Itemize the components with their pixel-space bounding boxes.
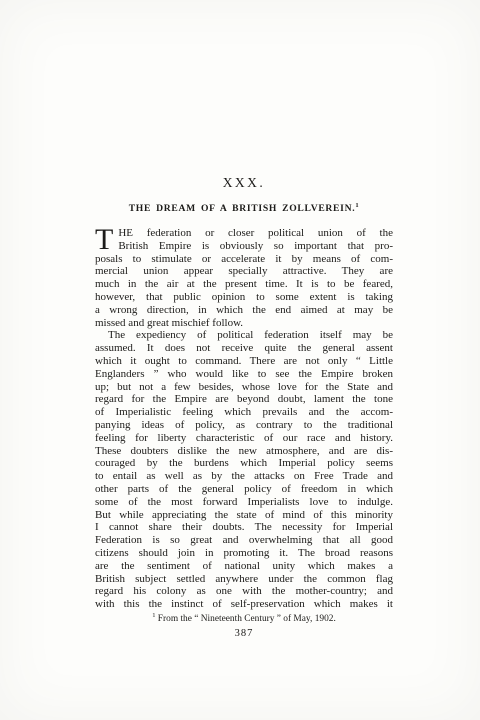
body-line: HE federation or closer political union … <box>95 227 393 240</box>
body-line: The expediency of political federation i… <box>95 329 393 342</box>
footnote: 1 From the “ Nineteenth Century ” of May… <box>95 614 393 625</box>
scanned-book-page: XXX. THE DREAM OF A BRITISH ZOLLVEREIN.1… <box>0 0 480 720</box>
body-line: are the sentiment of national unity whic… <box>95 560 393 573</box>
footnote-text: From the “ Nineteenth Century ” of May, … <box>158 614 336 624</box>
body-line: much in the air at the present time. It … <box>95 278 393 291</box>
body-line: British subject settled anywhere under t… <box>95 573 393 586</box>
body-line: however, that public opinion to some ext… <box>95 291 393 304</box>
body-line: up; but not a few besides, whose love fo… <box>95 381 393 394</box>
body-line: regard his colony as one with the mother… <box>95 585 393 598</box>
body-line: some of the most forward Imperialists lo… <box>95 496 393 509</box>
body-line: But while appreciating the state of mind… <box>95 509 393 522</box>
body-line: feeling for liberty characteristic of ou… <box>95 432 393 445</box>
page-number: 387 <box>95 628 393 640</box>
footnote-marker: 1 <box>152 612 155 619</box>
body-line: other parts of the general policy of fre… <box>95 483 393 496</box>
drop-cap: T <box>95 227 113 253</box>
paragraph-1: T HE federation or closer political unio… <box>95 227 393 329</box>
body-line: with this the instinct of self-preservat… <box>95 598 393 611</box>
chapter-number: XXX. <box>95 176 393 190</box>
body-line: mercial union appear specially attractiv… <box>95 265 393 278</box>
body-line: missed and great mischief follow. <box>95 317 393 330</box>
title-footnote-marker: 1 <box>355 202 359 209</box>
body-line: I cannot share their doubts. The necessi… <box>95 521 393 534</box>
body-line: which it ought to command. There are not… <box>95 355 393 368</box>
body-line: These doubters dislike the new atmospher… <box>95 445 393 458</box>
body-line: assumed. It does not receive quite the g… <box>95 342 393 355</box>
body-line: of Imperialistic feeling which prevails … <box>95 406 393 419</box>
body-line: to entail as well as by the attacks on F… <box>95 470 393 483</box>
body-line: Federation is so great and overwhelming … <box>95 534 393 547</box>
chapter-title: THE DREAM OF A BRITISH ZOLLVEREIN.1 <box>95 203 393 214</box>
body-line: a wrong direction, in which the end aime… <box>95 304 393 317</box>
body-line: couraged by the burdens which Imperial p… <box>95 457 393 470</box>
chapter-title-text: THE DREAM OF A BRITISH ZOLLVEREIN. <box>129 203 356 214</box>
body-line: British Empire is obviously so important… <box>95 240 393 253</box>
body-line: Englanders ” who would like to see the E… <box>95 368 393 381</box>
body-line: regard for the Empire are beyond doubt, … <box>95 393 393 406</box>
paragraph-2: The expediency of political federation i… <box>95 329 393 611</box>
body-line: citizens should join in promoting it. Th… <box>95 547 393 560</box>
body-line: panying ideas of policy, as contrary to … <box>95 419 393 432</box>
body-line: posals to stimulate or accelerate it by … <box>95 253 393 266</box>
text-block: XXX. THE DREAM OF A BRITISH ZOLLVEREIN.1… <box>95 176 393 640</box>
